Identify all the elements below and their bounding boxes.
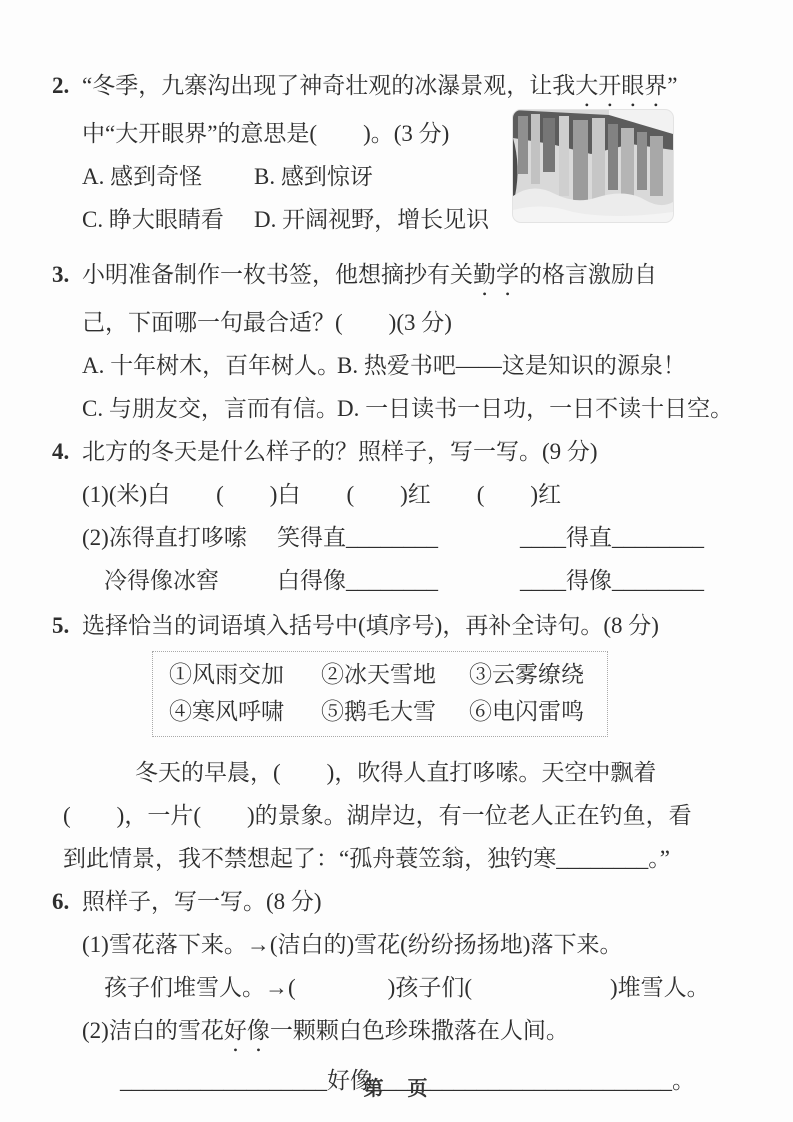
question-2-number: 2.: [52, 64, 69, 107]
page-footer: 第 页: [0, 1068, 793, 1111]
question-5-line-1: 选择恰当的词语填入括号中(填序号)，再补全诗句。(8 分): [82, 604, 755, 647]
word-bank-item-4: ④寒风呼啸: [169, 693, 321, 730]
question-4-example-1: (2)冻得直打哆嗦: [82, 516, 277, 559]
question-3-option-a: A. 十年树木，百年树人。: [82, 344, 337, 387]
question-2-option-b: B. 感到惊讶: [254, 155, 373, 198]
icefall-photo: [513, 110, 673, 222]
question-4-line-1: 北方的冬天是什么样子的？照样子，写一写。(9 分): [82, 430, 755, 473]
question-4-blank-group-1: 笑得直________: [277, 516, 520, 559]
word-bank-item-3: ③云雾缭绕: [469, 656, 591, 693]
question-3-option-c: C. 与朋友交，言而有信。: [82, 387, 337, 430]
question-5-body: 选择恰当的词语填入括号中(填序号)，再补全诗句。(8 分) ①风雨交加 ②冰天雪…: [82, 604, 755, 880]
question-2-option-c: C. 睁大眼睛看: [82, 198, 254, 241]
question-3-option-b: B. 热爱书吧——这是知识的源泉！: [337, 344, 686, 387]
question-2-line-1: “冬季，九寨沟出现了神奇壮观的冰瀑景观，让我大开眼界”: [82, 64, 755, 112]
question-3-line-1: 小明准备制作一枚书签，他想摘抄有关勤学的格言激励自: [82, 253, 755, 301]
question-6-item-2: (2)洁白的雪花好像一颗颗白色珍珠撒落在人间。: [82, 1009, 755, 1057]
question-4-number: 4.: [52, 430, 69, 473]
exam-paper-page: 2. “冬季，九寨沟出现了神奇壮观的冰瀑景观，让我大开眼界” 中“大开眼界”的意…: [0, 0, 793, 1122]
page-content: 2. “冬季，九寨沟出现了神奇壮观的冰瀑景观，让我大开眼界” 中“大开眼界”的意…: [52, 64, 755, 1102]
passage-line-3: 到此情景，我不禁想起了：“孤舟蓑笠翁，独钓寒________。”: [63, 837, 755, 880]
question-3-line-2: 己，下面哪一句最合适？( )(3 分): [82, 301, 755, 344]
question-6-number: 6.: [52, 880, 69, 923]
question-4-body: 北方的冬天是什么样子的？照样子，写一写。(9 分) (1)(米)白 ( )白 (…: [82, 430, 755, 602]
text-run: (2)洁白的雪花: [82, 1018, 224, 1043]
question-2: 2. “冬季，九寨沟出现了神奇壮观的冰瀑景观，让我大开眼界” 中“大开眼界”的意…: [52, 64, 755, 241]
text-run: ”: [667, 73, 677, 98]
text-run: 的格言激励自: [519, 262, 657, 287]
word-bank-item-6: ⑥电闪雷鸣: [469, 693, 591, 730]
question-4-example-2: 冷得像冰窖: [82, 559, 277, 602]
word-bank-item-5: ⑤鹅毛大雪: [321, 693, 469, 730]
question-4: 4. 北方的冬天是什么样子的？照样子，写一写。(9 分) (1)(米)白 ( )…: [52, 430, 755, 602]
question-3-options-row-2: C. 与朋友交，言而有信。 D. 一日读书一日功，一日不读十日空。: [82, 387, 755, 430]
text-run: “冬季，九寨沟出现了神奇壮观的冰瀑景观，让我: [82, 73, 575, 98]
emphasized-text: 勤学: [473, 262, 519, 287]
question-3-options-row-1: A. 十年树木，百年树人。 B. 热爱书吧——这是知识的源泉！: [82, 344, 755, 387]
question-4-item-2-row-2: 冷得像冰窖 白得像________ ____得像________: [82, 559, 755, 602]
question-4-item-1: (1)(米)白 ( )白 ( )红 ( )红: [82, 473, 755, 516]
emphasized-text: 大开眼界: [575, 73, 667, 98]
question-6-item-1: (1)雪花落下来。→(洁白的)雪花(纷纷扬扬地)落下来。: [82, 923, 755, 966]
text-run: 一颗颗白色珍珠撒落在人间。: [270, 1018, 569, 1043]
question-6-line-1: 照样子，写一写。(8 分): [82, 880, 755, 923]
text-run: 小明准备制作一枚书签，他想摘抄有关: [82, 262, 473, 287]
question-2-option-a: A. 感到奇怪: [82, 155, 254, 198]
emphasized-text: 好像: [224, 1018, 270, 1043]
question-3: 3. 小明准备制作一枚书签，他想摘抄有关勤学的格言激励自 己，下面哪一句最合适？…: [52, 253, 755, 430]
word-bank-item-2: ②冰天雪地: [321, 656, 469, 693]
question-3-body: 小明准备制作一枚书签，他想摘抄有关勤学的格言激励自 己，下面哪一句最合适？( )…: [82, 253, 755, 430]
passage-line-1: 冬天的早晨，( )，吹得人直打哆嗦。天空中飘着: [63, 751, 755, 794]
question-4-item-2-row-1: (2)冻得直打哆嗦 笑得直________ ____得直________: [82, 516, 755, 559]
icefall-photo-graphic: [513, 110, 673, 222]
question-5-passage: 冬天的早晨，( )，吹得人直打哆嗦。天空中飘着 ( )，一片( )的景象。湖岸边…: [63, 751, 755, 880]
page-number-label: 第 页: [364, 1078, 430, 1100]
question-2-body: “冬季，九寨沟出现了神奇壮观的冰瀑景观，让我大开眼界” 中“大开眼界”的意思是(…: [82, 64, 755, 241]
question-5: 5. 选择恰当的词语填入括号中(填序号)，再补全诗句。(8 分) ①风雨交加 ②…: [52, 604, 755, 880]
question-4-blank-group-4: ____得像________: [520, 559, 704, 602]
question-6-item-1b: 孩子们堆雪人。→( )孩子们( )堆雪人。: [104, 966, 755, 1009]
word-bank-item-1: ①风雨交加: [169, 656, 321, 693]
question-3-number: 3.: [52, 253, 69, 296]
question-2-option-d: D. 开阔视野，增长见识: [254, 198, 489, 241]
question-5-number: 5.: [52, 604, 69, 647]
question-4-blank-group-2: ____得直________: [520, 516, 704, 559]
question-4-blank-group-3: 白得像________: [277, 559, 520, 602]
passage-line-2: ( )，一片( )的景象。湖岸边，有一位老人正在钓鱼，看: [63, 794, 755, 837]
word-bank-box: ①风雨交加 ②冰天雪地 ③云雾缭绕 ④寒风呼啸 ⑤鹅毛大雪 ⑥电闪雷鸣: [152, 651, 608, 737]
question-3-option-d: D. 一日读书一日功，一日不读十日空。: [337, 387, 733, 430]
